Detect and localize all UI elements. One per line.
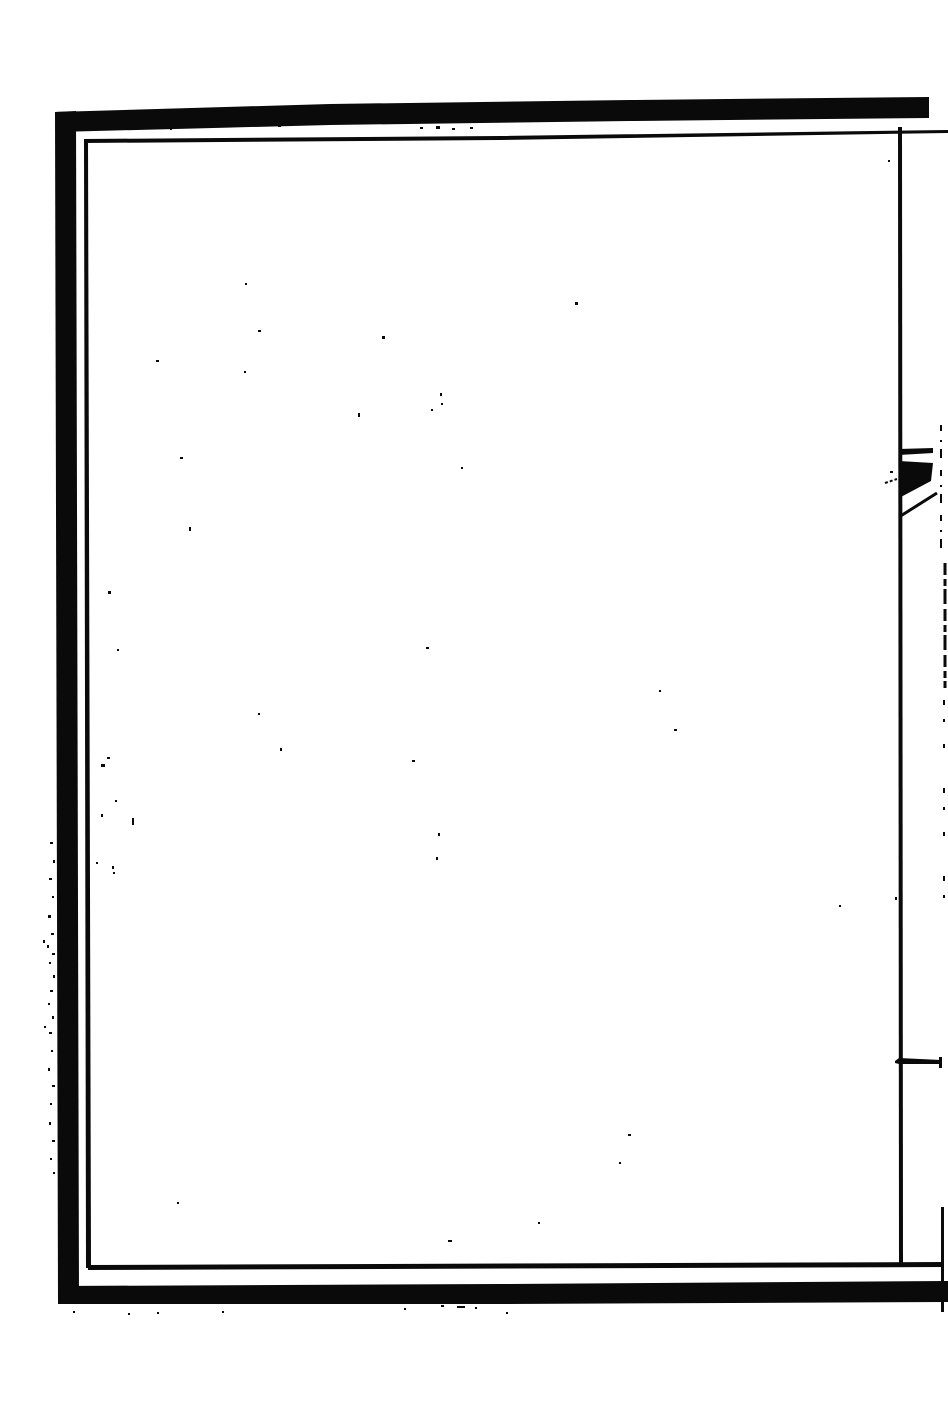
dust-speck	[132, 818, 134, 825]
dust-speck	[659, 690, 661, 692]
bar-edge-speckle	[52, 1085, 55, 1087]
dust-speck	[101, 764, 105, 767]
dust-speck	[426, 647, 429, 649]
dust-speck	[440, 393, 442, 396]
bar-edge-speckle	[47, 945, 49, 948]
page-frame-artwork	[0, 0, 948, 1412]
gutter-tick-upper	[899, 448, 933, 455]
bar-edge-speckle	[49, 878, 52, 880]
gutter-flag-underline	[899, 493, 937, 517]
dust-speck	[412, 760, 415, 762]
dust-speck	[115, 800, 117, 802]
bar-edge-speckle	[50, 842, 53, 844]
inner-left-rule	[84, 139, 91, 1268]
dust-speck	[107, 757, 110, 759]
dust-speck	[470, 127, 473, 129]
bar-edge-speckle	[52, 1016, 54, 1019]
outer-top-bar	[55, 97, 929, 132]
gutter-tick-lower-cap	[939, 1057, 942, 1068]
bar-edge-speckle	[52, 896, 54, 898]
dust-speck	[258, 330, 261, 332]
bar-edge-speckle	[50, 1158, 52, 1160]
dust-speck	[112, 866, 114, 869]
dust-speck	[156, 360, 159, 362]
gutter-flag-scribble	[885, 479, 897, 483]
dust-speck	[575, 302, 578, 305]
bar-edge-speckle	[53, 975, 55, 978]
dust-speck	[157, 1312, 159, 1314]
bar-edge-speckle	[53, 1172, 55, 1174]
bar-edge-speckle	[48, 1068, 50, 1071]
dust-speck	[113, 872, 115, 874]
dust-speck	[436, 857, 438, 860]
bar-edge-speckle	[53, 860, 55, 863]
dust-speck	[441, 403, 443, 405]
dust-speck	[74, 200, 76, 202]
dust-speck	[244, 371, 246, 373]
dust-speck	[222, 1311, 224, 1313]
dust-speck	[189, 527, 191, 531]
bar-edge-speckle	[50, 990, 53, 992]
dust-speck	[619, 1162, 621, 1164]
dust-speck	[358, 413, 360, 417]
dust-speck	[170, 128, 172, 130]
dust-speck	[506, 1312, 508, 1314]
bar-edge-speckle	[52, 953, 55, 955]
inner-bottom-rule	[88, 1262, 944, 1270]
dust-speck	[180, 457, 183, 459]
bar-edge-speckle	[43, 940, 45, 943]
dust-speck	[628, 1134, 631, 1136]
bar-edge-speckle	[48, 1003, 50, 1005]
dust-speck	[280, 748, 282, 751]
dust-speck	[457, 1306, 465, 1308]
dust-speck	[452, 128, 455, 130]
dust-speck	[177, 1202, 179, 1204]
bar-edge-speckle	[48, 915, 51, 918]
dust-speck	[448, 1240, 452, 1242]
bar-edge-speckle	[49, 1032, 52, 1034]
dust-speck	[431, 409, 433, 411]
gutter-rule	[898, 127, 903, 1264]
dust-speck	[245, 283, 247, 285]
bar-edge-speckle	[49, 962, 51, 964]
dust-speck	[278, 125, 281, 127]
dust-speck	[890, 471, 893, 473]
bar-edge-speckle	[51, 1050, 53, 1052]
bar-edge-speckle	[49, 1122, 51, 1125]
dust-speck	[420, 127, 423, 129]
dust-speck	[888, 160, 890, 162]
dust-speck	[128, 1313, 130, 1315]
inner-top-rule	[84, 130, 948, 143]
dust-speck	[101, 814, 103, 817]
dust-speck	[461, 467, 463, 469]
gutter-tick-lower	[895, 1058, 941, 1064]
right-edge-rule	[941, 1207, 944, 1312]
dust-speck	[436, 126, 440, 129]
bar-edge-speckle	[50, 1103, 52, 1105]
outer-left-bar	[55, 111, 79, 1304]
dust-speck	[538, 1222, 540, 1224]
bar-edge-speckle	[44, 1026, 46, 1028]
dust-speck	[674, 729, 677, 731]
dust-speck	[382, 336, 385, 339]
dust-speck	[839, 905, 841, 907]
dust-speck	[117, 649, 119, 651]
dust-speck	[73, 1311, 75, 1313]
bar-edge-speckle	[51, 933, 54, 935]
scanned-page	[0, 0, 948, 1412]
dust-speck	[895, 897, 897, 900]
dust-speck	[441, 1305, 444, 1307]
dust-speck	[258, 713, 260, 715]
dust-speck	[404, 1308, 406, 1310]
dust-speck	[475, 1307, 477, 1309]
outer-bottom-bar	[58, 1281, 948, 1304]
gutter-corner-flag	[899, 461, 933, 498]
dust-speck	[96, 862, 98, 864]
bar-edge-speckle	[52, 1140, 55, 1142]
dust-speck	[108, 591, 111, 594]
dust-speck	[438, 833, 440, 836]
